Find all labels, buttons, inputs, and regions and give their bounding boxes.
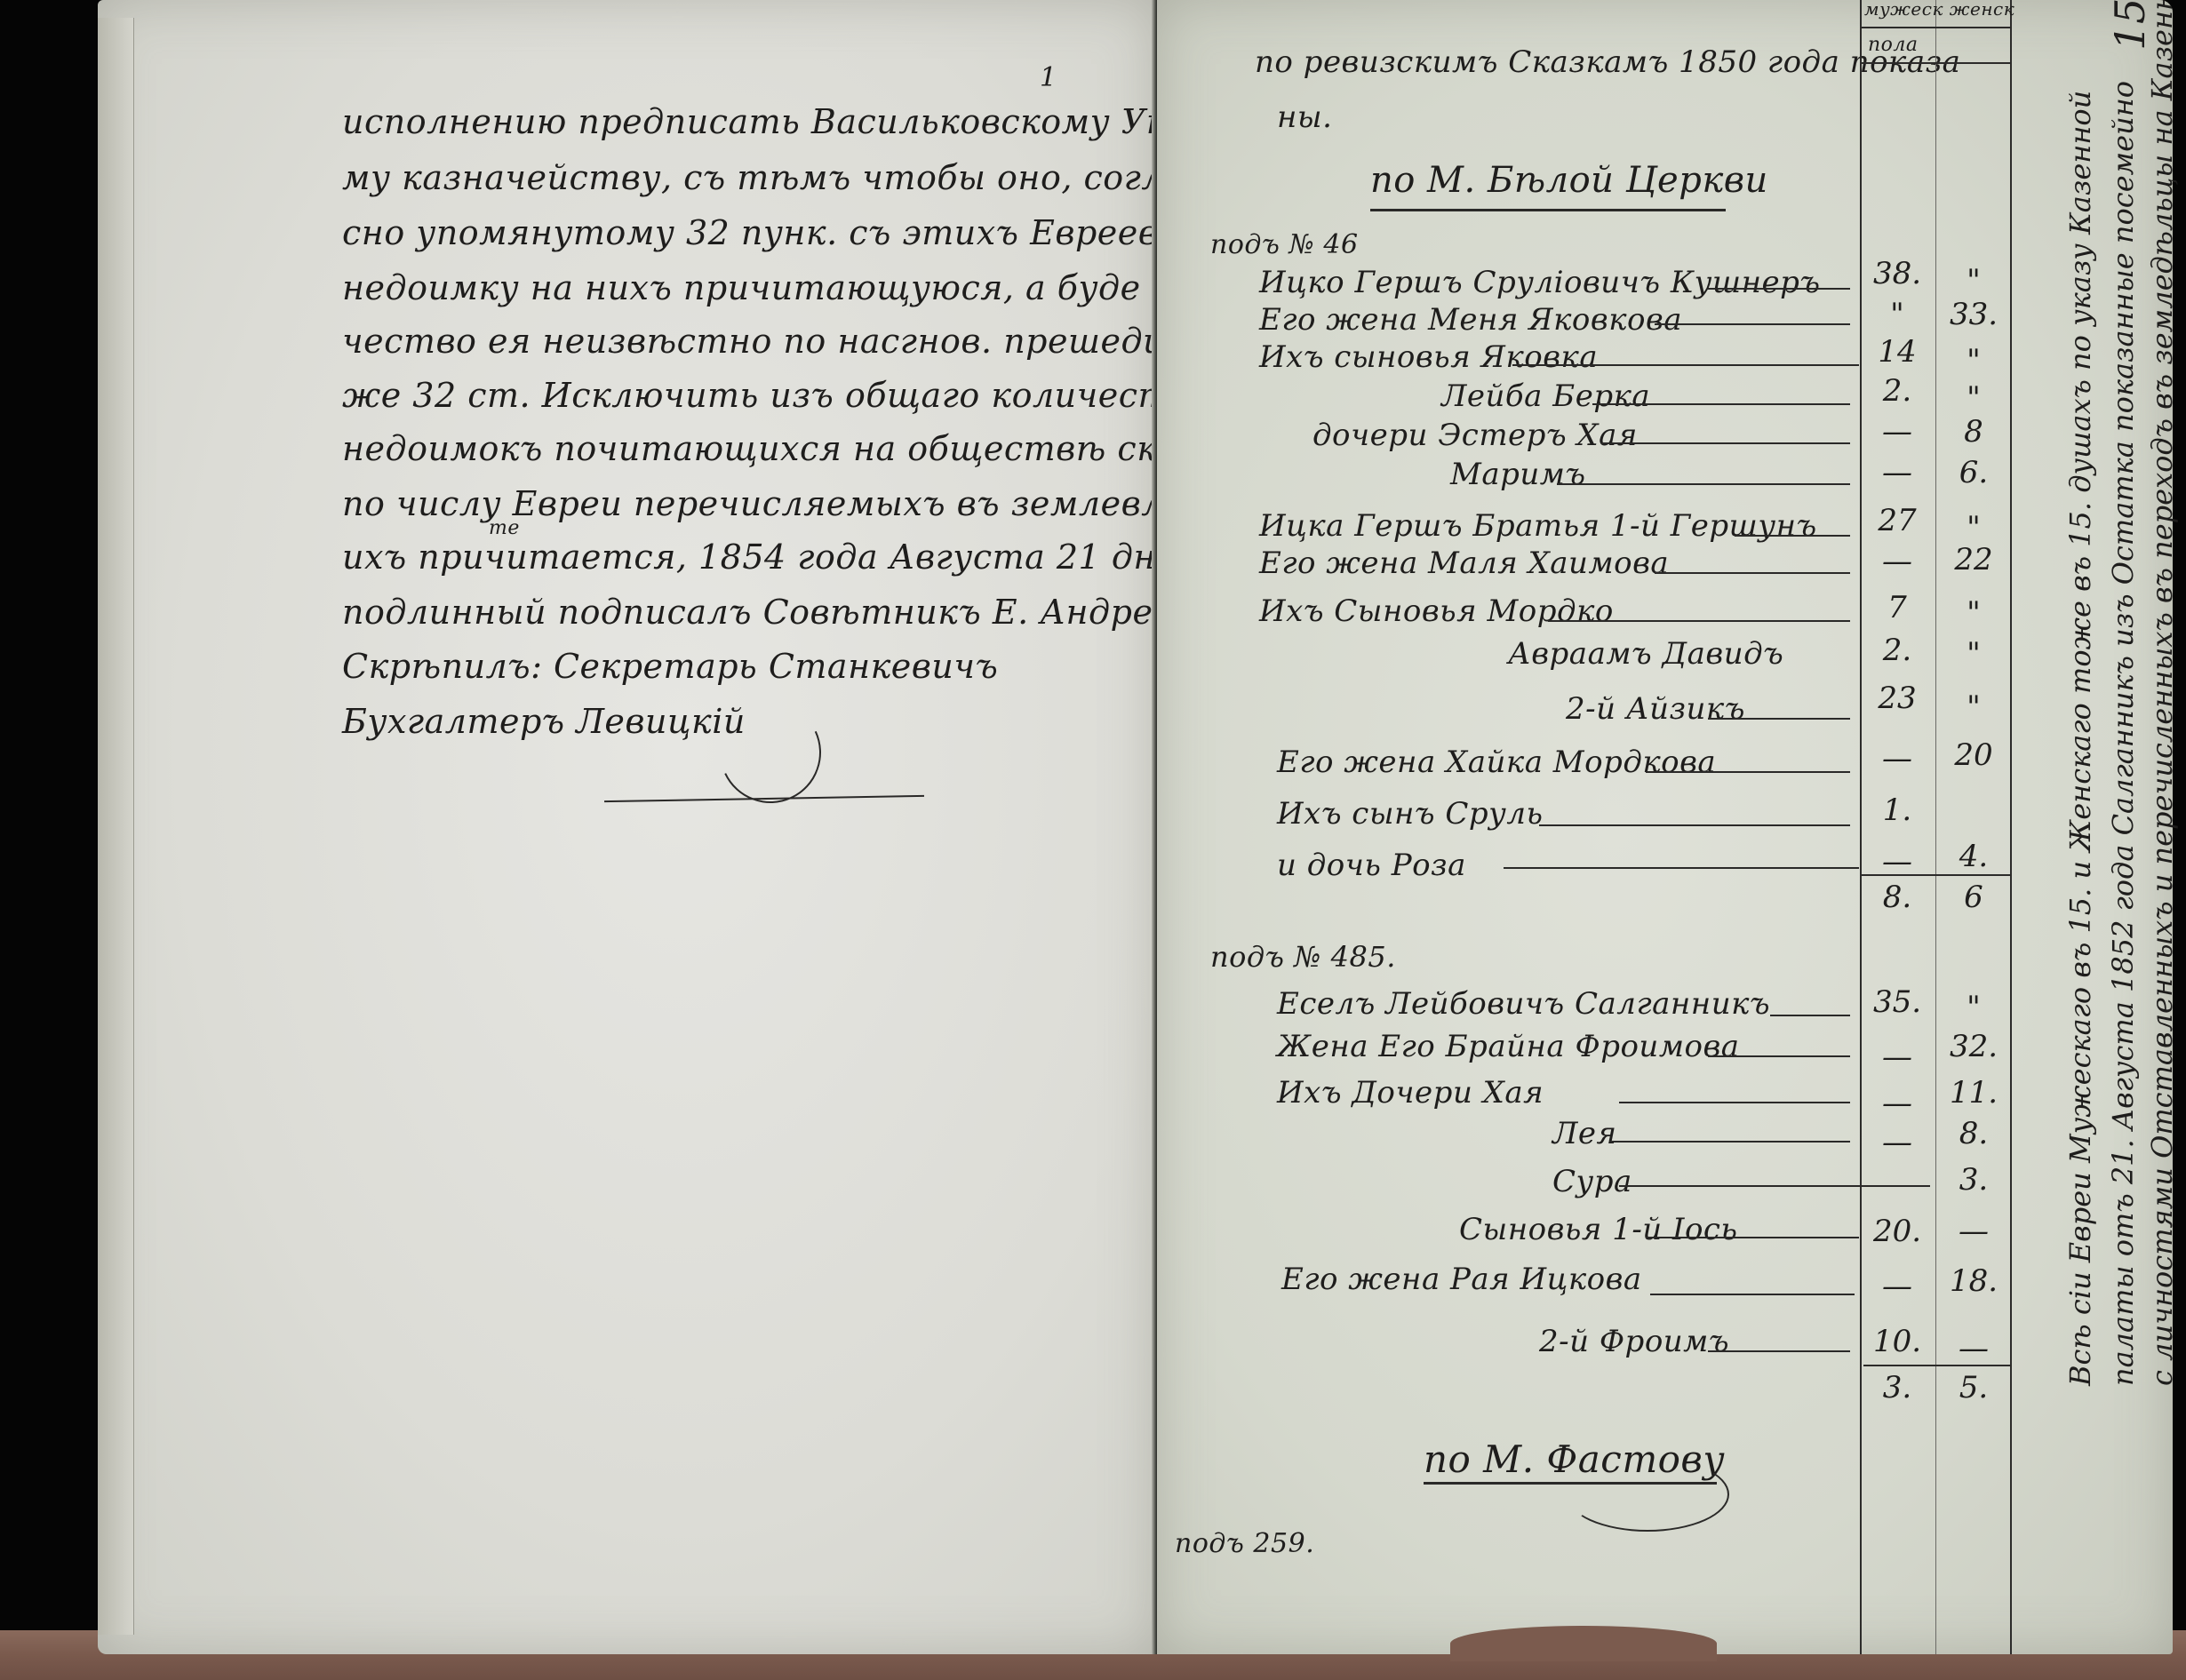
entry-male: 23 — [1866, 681, 1928, 716]
entry-female: " — [1943, 510, 2005, 545]
entry-dash — [1548, 620, 1850, 622]
entry-text: Авраамъ Давидъ — [1508, 636, 1783, 672]
entry-male: " — [1866, 297, 1928, 332]
town-heading-underline — [1370, 209, 1726, 211]
entry-dash — [1619, 1102, 1850, 1103]
entry-female: " — [1943, 595, 2005, 631]
entry-female: 20 — [1943, 737, 2005, 773]
entry-text: Жена Его Брайна Фроимова — [1277, 1029, 1740, 1064]
total-female: 6 — [1943, 880, 2005, 915]
entry-text: Ихъ сыновья Яковка — [1259, 339, 1598, 375]
entry-female: " — [1943, 636, 2005, 672]
entry-text: Его жена Меня Яковкова — [1259, 302, 1682, 338]
entry-male: — — [1866, 1125, 1928, 1160]
entry-male: 10. — [1866, 1324, 1928, 1359]
entry-female: 33. — [1943, 297, 2005, 332]
entry-dash — [1646, 1237, 1859, 1238]
text-line: недоимку на нихъ причитающуюся, а буде к… — [342, 268, 1249, 307]
entry-text: Его жена Хайка Мордкова — [1277, 744, 1716, 780]
entry-text: 2-й Айзикъ — [1566, 691, 1745, 727]
text-line: по числу Евреи перечисляемыхъ въ землевл… — [342, 484, 1281, 523]
entry-female: 18. — [1943, 1263, 2005, 1299]
town-heading: по М. Бѣлой Церкви — [1370, 160, 1768, 201]
entry-text: Еселъ Лейбовичъ Салганникъ — [1277, 986, 1770, 1022]
text-line: Скрѣпилъ: Секретарь Станкевичъ — [342, 647, 998, 686]
entry-female: " — [1943, 263, 2005, 299]
entry-dash — [1557, 483, 1850, 485]
margin-note-line: палаты отъ 21. Августа 1852 года Салганн… — [2106, 81, 2140, 1386]
entry-dash — [1708, 718, 1850, 720]
text-line: недоимокъ почитающихся на обществѣ сколь… — [342, 429, 1260, 468]
entry-male: 27 — [1866, 503, 1928, 538]
entry-text: Ихъ Сыновья Мордко — [1259, 593, 1614, 629]
entry-text: Лейба Берка — [1441, 378, 1650, 414]
entry-male: 7 — [1866, 590, 1928, 625]
total-male: 3. — [1866, 1370, 1928, 1405]
column-divider-left — [1860, 0, 1862, 1654]
text-line: Бухгалтеръ Левицкій — [342, 702, 746, 741]
entry-male: — — [1866, 455, 1928, 490]
column-header-sex: мужеск женск — [1864, 0, 2014, 20]
entry-female: " — [1943, 380, 2005, 416]
left-page-torn-edge — [98, 18, 134, 1635]
entry-male: 1. — [1866, 792, 1928, 828]
column-header-rule — [1861, 62, 2010, 64]
entry-female: 11. — [1943, 1075, 2005, 1111]
entry-female: 8. — [1943, 1116, 2005, 1151]
entry-dash — [1770, 1015, 1850, 1016]
entry-text: и дочь Роза — [1277, 848, 1466, 883]
entry-female: 4. — [1943, 839, 2005, 874]
open-ledger-book: 1 исполнению предписать Васильковскому У… — [98, 0, 2173, 1654]
footer-sub-ref: подъ 259. — [1175, 1528, 1314, 1559]
total-female: 5. — [1943, 1370, 2005, 1405]
entry-text: Ицко Гершъ Срулiовичъ Кушнеръ — [1259, 265, 1821, 300]
text-line: ихъ причитается, 1854 года Августа 21 дн… — [342, 537, 1179, 577]
entry-text: Сыновья 1-й Іось — [1459, 1212, 1737, 1247]
entry-male: — — [1866, 544, 1928, 579]
text-line: же 32 ст. Исключить изъ общаго количеств… — [342, 376, 1211, 415]
column-divider-middle — [1935, 0, 1936, 1654]
entry-male: — — [1866, 1039, 1928, 1075]
right-page: по ревизскимъ Сказкамъ 1850 года показа … — [1157, 0, 2173, 1654]
entry-female: " — [1943, 689, 2005, 725]
entry-text: Его жена Маля Хаимова — [1259, 545, 1669, 581]
entry-dash — [1539, 824, 1850, 826]
entry-male: 20. — [1866, 1214, 1928, 1249]
entry-dash — [1592, 403, 1850, 405]
household-label: подъ № 485. — [1210, 940, 1396, 974]
total-rule — [1861, 874, 2010, 876]
entry-dash — [1708, 1055, 1850, 1057]
entry-male: 14 — [1866, 334, 1928, 370]
column-divider-right — [2010, 0, 2012, 1654]
entry-female: 6. — [1943, 455, 2005, 490]
entry-dash — [1655, 572, 1850, 574]
intro-line: ны. — [1277, 100, 1332, 135]
entry-dash — [1650, 1294, 1855, 1295]
entry-female: 32. — [1943, 1029, 2005, 1064]
entry-text: Ицка Гершъ Братья 1-й Гершунъ — [1259, 508, 1817, 544]
entry-male: 38. — [1866, 256, 1928, 291]
insertion-mark: те — [489, 517, 520, 539]
entry-female: " — [1943, 990, 2005, 1025]
entry-male: — — [1866, 1086, 1928, 1121]
text-line: сно упомянутому 32 пунк. съ этихъ Евреев… — [342, 213, 1277, 252]
entry-text: Ихъ Дочери Хая — [1277, 1075, 1544, 1111]
entry-male: — — [1866, 741, 1928, 776]
entry-male: 2. — [1866, 633, 1928, 668]
entry-text: Ихъ сынъ Сруль — [1277, 796, 1544, 832]
entry-male: — — [1866, 1269, 1928, 1304]
entry-dash — [1655, 323, 1850, 325]
entry-dash — [1619, 1185, 1930, 1187]
entry-text: 2-й Фроимъ — [1539, 1324, 1729, 1359]
household-label: подъ № 46 — [1210, 229, 1359, 260]
entry-dash — [1601, 442, 1850, 444]
entry-dash — [1708, 288, 1850, 290]
left-page: 1 исполнению предписать Васильковскому У… — [98, 0, 1155, 1654]
text-line: му казначейству, съ тѣмъ чтобы оно, согл… — [342, 158, 1196, 197]
entry-dash — [1610, 1141, 1850, 1143]
entry-female: 22 — [1943, 542, 2005, 577]
column-header-gender: пола — [1868, 34, 1919, 56]
entry-dash — [1735, 535, 1850, 537]
text-line: подлинный подписалъ Совѣтникъ Е. Андреев… — [342, 593, 1217, 632]
entry-male: 2. — [1866, 373, 1928, 409]
footer-flourish — [1566, 1457, 1729, 1532]
torn-bottom-edge — [1450, 1626, 1717, 1661]
text-line: исполнению предписать Васильковскому Уѣз… — [342, 102, 1273, 141]
entry-female: 3. — [1943, 1162, 2005, 1198]
entry-text: Маримъ — [1450, 457, 1586, 492]
column-header-rule — [1861, 27, 2010, 28]
total-rule — [1863, 1365, 2010, 1366]
corner-mark: 15 — [2106, 0, 2154, 51]
margin-note-line: Всѣ сіи Евреи Мужескаго въ 15. и Женскаг… — [2063, 91, 2097, 1386]
intro-line: по ревизскимъ Сказкамъ 1850 года показа — [1255, 44, 1960, 80]
entry-dash — [1512, 364, 1859, 366]
entry-female: " — [1943, 343, 2005, 378]
entry-male: 35. — [1866, 984, 1928, 1020]
entry-female: — — [1943, 1331, 2005, 1366]
entry-dash — [1504, 867, 1859, 869]
margin-note-line: с личностями Отставленныхъ и перечисленн… — [2145, 0, 2179, 1386]
total-male: 8. — [1866, 880, 1928, 915]
entry-text: Его жена Рая Ицкова — [1281, 1262, 1642, 1297]
entry-female: — — [1943, 1214, 2005, 1249]
entry-dash — [1646, 771, 1850, 773]
entry-text: дочери Эстеръ Хая — [1312, 418, 1638, 453]
entry-text: Лея — [1552, 1116, 1617, 1151]
page-mark: 1 — [1040, 62, 1057, 93]
entry-dash — [1708, 1350, 1850, 1352]
entry-female: 8 — [1943, 414, 2005, 450]
entry-text: Сура — [1552, 1164, 1632, 1199]
entry-male: — — [1866, 414, 1928, 450]
